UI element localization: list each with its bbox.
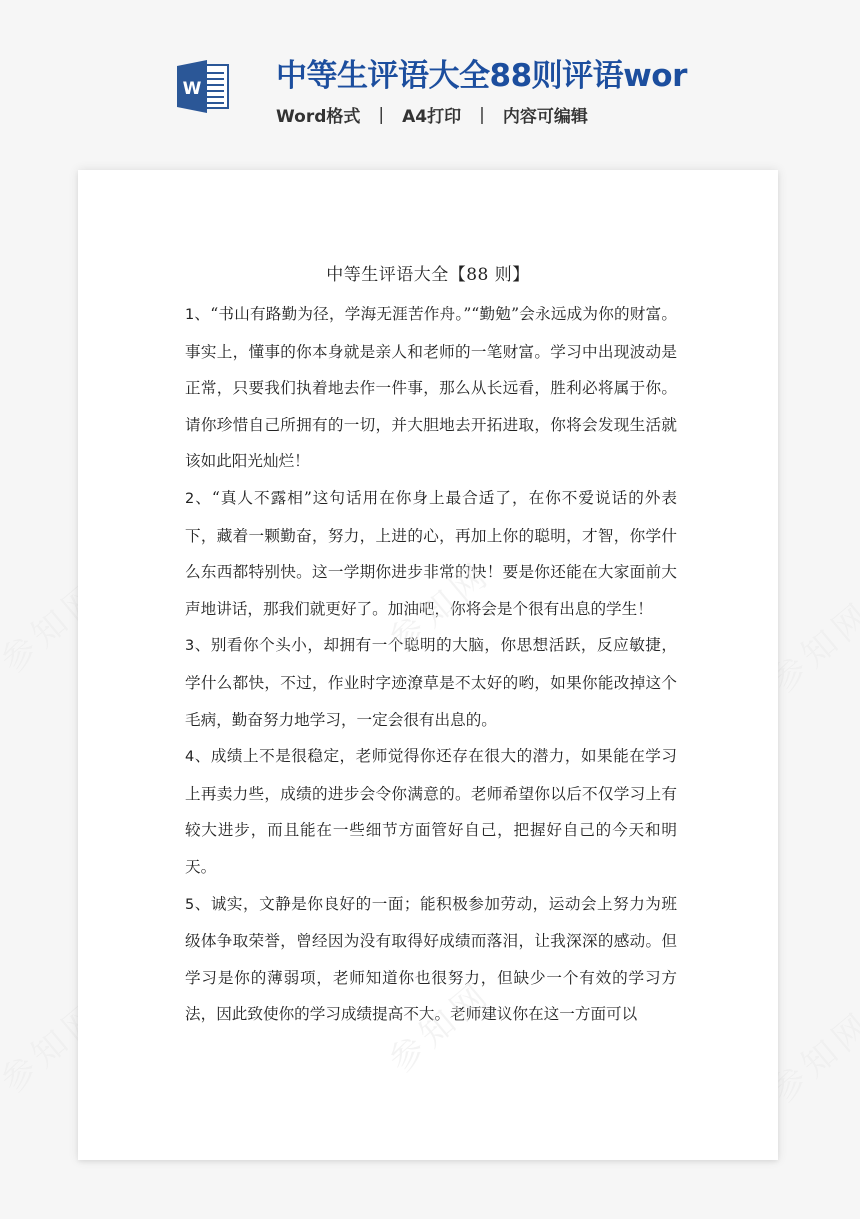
paragraph-2: 2、“真人不露相”这句话用在你身上最合适了，在你不爱说话的外表下，藏着一颗勤奋，… bbox=[185, 480, 677, 627]
paragraph-number: 3 bbox=[185, 638, 194, 654]
tag-print: A4打印 bbox=[402, 102, 461, 127]
document-tags: Word格式 | A4打印 | 内容可编辑 bbox=[276, 102, 588, 127]
paragraph-text: 、“真人不露相”这句话用在你身上最合适了，在你不爱说话的外表下，藏着一颗勤奋，努… bbox=[185, 489, 677, 618]
page-heading: 中等生评语大全【88 则】 bbox=[78, 260, 778, 285]
document-header: W 中等生评语大全88则评语wor Word格式 | A4打印 | 内容可编辑 bbox=[0, 0, 860, 160]
svg-text:W: W bbox=[183, 79, 202, 99]
paragraph-number: 5 bbox=[185, 897, 194, 913]
paragraph-3: 3、别看你个头小，却拥有一个聪明的大脑，你思想活跃，反应敏捷，学什么都快，不过，… bbox=[185, 627, 677, 738]
document-page: 中等生评语大全【88 则】 1、“书山有路勤为径，学海无涯苦作舟。”“勤勉”会永… bbox=[78, 170, 778, 1160]
paragraph-1: 1、“书山有路勤为径，学海无涯苦作舟。”“勤勉”会永远成为你的财富。事实上，懂事… bbox=[185, 296, 677, 480]
tag-separator: | bbox=[378, 105, 384, 125]
paragraph-4: 4、成绩上不是很稳定，老师觉得你还存在很大的潜力，如果能在学习上再卖力些，成绩的… bbox=[185, 738, 677, 885]
paragraph-text: 、别看你个头小，却拥有一个聪明的大脑，你思想活跃，反应敏捷，学什么都快，不过，作… bbox=[185, 636, 677, 728]
word-document-icon: W bbox=[175, 58, 231, 114]
document-body: 1、“书山有路勤为径，学海无涯苦作舟。”“勤勉”会永远成为你的财富。事实上，懂事… bbox=[185, 296, 677, 1033]
paragraph-number: 1 bbox=[185, 307, 194, 323]
tag-format: Word格式 bbox=[276, 102, 360, 127]
tag-editable: 内容可编辑 bbox=[503, 102, 588, 127]
document-title: 中等生评语大全88则评语wor bbox=[276, 50, 687, 95]
paragraph-text: 、诚实，文静是你良好的一面；能积极参加劳动，运动会上努力为班级体争取荣誉，曾经因… bbox=[185, 895, 677, 1024]
tag-separator: | bbox=[479, 105, 485, 125]
paragraph-text: 、成绩上不是很稳定，老师觉得你还存在很大的潜力，如果能在学习上再卖力些，成绩的进… bbox=[185, 747, 677, 876]
paragraph-text: 、“书山有路勤为径，学海无涯苦作舟。”“勤勉”会永远成为你的财富。事实上，懂事的… bbox=[185, 305, 677, 470]
paragraph-5: 5、诚实，文静是你良好的一面；能积极参加劳动，运动会上努力为班级体争取荣誉，曾经… bbox=[185, 886, 677, 1033]
paragraph-number: 4 bbox=[185, 749, 194, 765]
paragraph-number: 2 bbox=[185, 491, 194, 507]
